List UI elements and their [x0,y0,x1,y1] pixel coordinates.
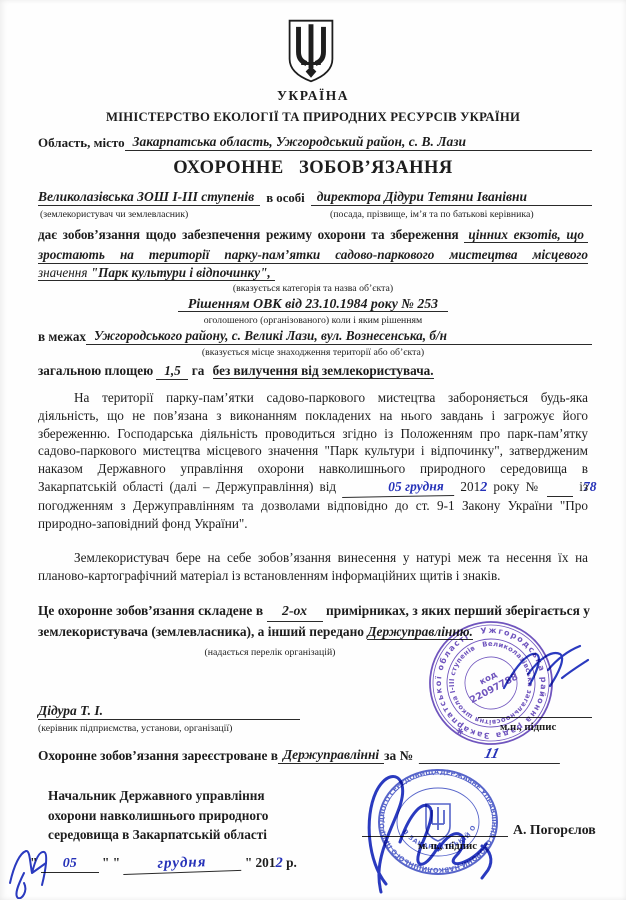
region-value: Закарпатська область, Ужгородський район… [125,134,474,151]
quote-close-2: " [245,855,252,870]
area-line: загальною площею 1,5 га без вилучення ві… [38,363,434,380]
area-value: 1,5 [156,363,188,380]
ukraine-trident-emblem [284,18,338,84]
ministry-heading: МІНІСТЕРСТВО ЕКОЛОГІЇ ТА ПРИРОДНИХ РЕСУР… [0,110,626,125]
handwritten-order-number: 78 [547,478,573,497]
obligation-lead: дає зобов’язання щодо забезпечення режим… [38,227,459,242]
category-caption: (вказується категорія та назва об’єкта) [0,283,626,294]
paragraph-boundaries: Землекористувач бере на себе зобов’язанн… [38,549,588,585]
official-title-line3: середовища в Закарпатській області [48,825,268,845]
parties-blank-line [533,205,592,206]
document-title: ОХОРОННЕ ЗОБОВ’ЯЗАННЯ [0,158,626,179]
decision-line: Рішенням ОВК від 23.10.1984 року № 253 [0,296,626,312]
signature-icon [492,630,596,706]
country-heading: УКРАЇНА [0,88,626,104]
location-caption: (вказується місце знаходження території … [0,347,626,358]
in-person-label: в особі [266,191,305,206]
within-blank-line [455,344,592,345]
area-unit: га [192,363,205,378]
official-title-block: Начальник Державного управління охорони … [48,786,268,845]
p3-text-before: Це охоронне зобов’язання складене в [38,603,263,618]
region-label: Область, місто [38,135,125,151]
handwritten-year-digit: 2 [480,480,487,495]
trident-emblem-icon [284,18,338,84]
object-name-value: "Парк культури і відпочинку", [91,265,271,280]
region-line: Область, місто Закарпатська область, Ужг… [38,134,592,151]
official-signature-scribble [352,758,512,900]
decision-value: Рішенням ОВК від 23.10.1984 року № 253 [178,296,448,312]
quote-open-2: " [113,855,120,870]
head-signature-block: Дідура Т. І. (керівник підприємства, уст… [38,703,300,734]
representative-caption: (посада, прізвище, ім’я та по батькові к… [330,209,534,220]
scanned-document-page: УКРАЇНА МІНІСТЕРСТВО ЕКОЛОГІЇ ТА ПРИРОДН… [0,0,626,900]
head-signature-scribble [492,630,596,706]
paragraph-regime: На території парку-пам’ятки садово-парко… [38,389,588,532]
official-title-line1: Начальник Державного управління [48,786,268,806]
obligation-line-3: значення "Парк культури і відпочинку", [38,265,588,281]
quote-close-1: " [102,855,109,870]
within-value: Ужгородського району, с. Великі Лази, ву… [86,328,455,345]
year-suffix: р. [286,855,297,870]
landuser-caption: (землекористувач чи землевласник) [40,209,188,220]
decision-caption: оголошеного (організованого) коли і яким… [0,315,626,326]
p1-between: року № [493,479,541,494]
handwritten-order-date: 05 грудня [342,477,454,498]
object-kind-value: цінних екзотів, що [464,227,588,243]
object-line2-value: зростають на території парку-пам’ятки са… [38,247,588,262]
within-label: в межах [38,329,86,345]
parties-line: Великолазівська ЗОШ І-ІІІ ступенів в осо… [38,189,592,206]
area-condition: без вилучення від землекористувача. [213,363,434,379]
head-caption: (керівник підприємства, установи, органі… [38,723,300,734]
object-name-underline: значення "Парк культури і відпочинку", [38,265,275,281]
within-line: в межах Ужгородського району, с. Великі … [38,328,592,345]
registered-text: Охоронне зобов’язання зареєстроване в [38,748,278,764]
landuser-value: Великолазівська ЗОШ І-ІІІ ступенів [38,189,260,206]
official-name: А. Погорєлов [513,822,596,838]
region-blank-line [474,150,592,151]
area-label: загальною площею [38,363,153,378]
year-printed: 201 [256,855,276,870]
official-title-line2: охорони навколишнього природного [48,806,268,826]
obligation-line-1: дає зобов’язання щодо забезпечення режим… [38,227,588,243]
handwritten-month: грудня [123,853,242,875]
signature-icon [352,758,512,900]
flourish-icon [2,843,82,899]
p1-year-printed: 201 [460,479,480,494]
representative-value: директора Дідури Тетяни Іванівни [311,189,533,206]
margin-pen-flourish [2,843,82,899]
obligation-line-2: зростають на території парку-пам’ятки са… [38,247,588,264]
object-prefix: значення [38,265,87,280]
copies-value: 2-ох [267,601,323,622]
head-name: Дідура Т. І. [38,703,300,720]
handwritten-year: 2 [275,855,282,871]
